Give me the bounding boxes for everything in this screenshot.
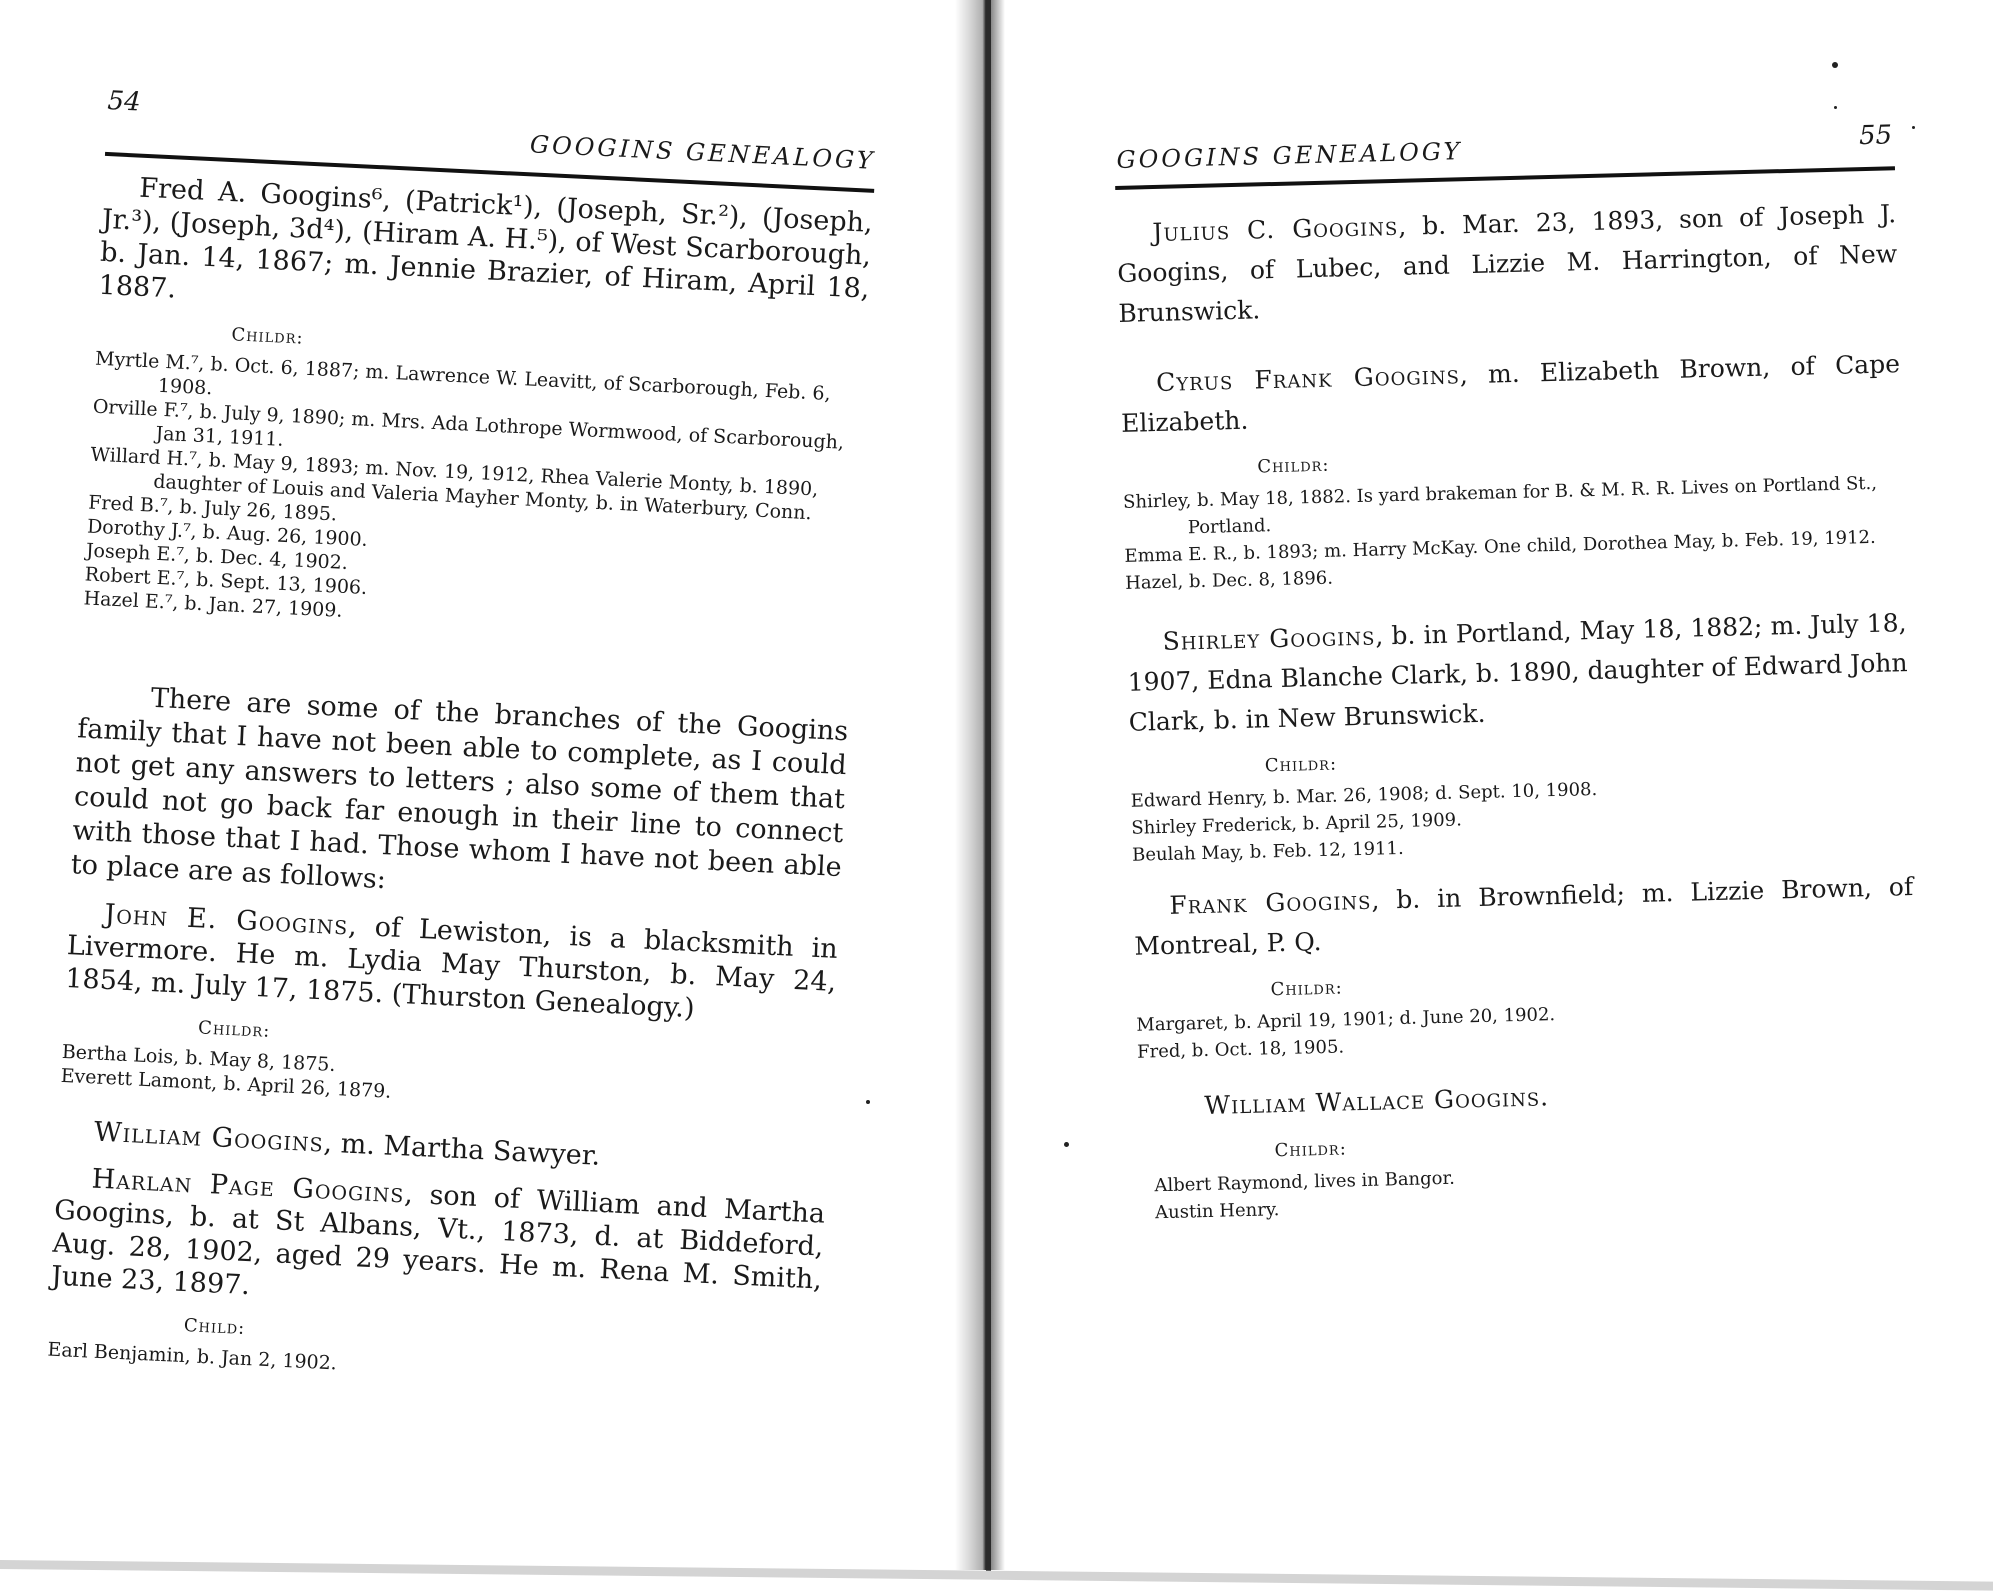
page-number: 54	[107, 86, 141, 118]
entry-name: William Wallace Googins	[1204, 1083, 1540, 1120]
children-list: Edward Henry, b. Mar. 26, 1908; d. Sept.…	[1130, 768, 1912, 869]
intro-paragraph: There are some of the branches of the Go…	[70, 678, 849, 919]
entry-julius-c-googins: Julius C. Googins, b. Mar. 23, 1893, son…	[1116, 194, 1899, 334]
left-page: 54 GOOGINS GENEALOGY Fred A. Googins⁶, (…	[47, 92, 877, 1398]
children-list: Shirley, b. May 18, 1882. Is yard brakem…	[1123, 469, 1905, 597]
entry-frank-googins: Frank Googins, b. in Brownfield; m. Lizz…	[1133, 867, 1915, 967]
ink-speck	[1912, 126, 1915, 129]
entry-harlan-page-googins: Harlan Page Googins, son of William and …	[50, 1161, 825, 1330]
children-list: Margaret, b. April 19, 1901; d. June 20,…	[1136, 992, 1917, 1066]
entry-shirley-googins: Shirley Googins, b. in Portland, May 18,…	[1126, 603, 1909, 743]
entry-john-e-googins: John E. Googins, of Lewiston, is a black…	[65, 896, 839, 1032]
entry-cyrus-frank-googins: Cyrus Frank Googins, m. Elizabeth Brown,…	[1120, 344, 1902, 444]
entry-text: , m. Martha Sawyer.	[323, 1128, 601, 1172]
running-head: GOOGINS GENEALOGY 55	[1114, 120, 1895, 192]
entry-name: Julius C. Googins	[1152, 212, 1399, 247]
running-head-title: GOOGINS GENEALOGY	[529, 130, 876, 175]
children-list: Albert Raymond, lives in Bangor. Austin …	[1140, 1153, 1921, 1227]
ink-speck	[1832, 62, 1838, 68]
entry-name: William Googins	[93, 1117, 324, 1159]
ink-speck	[866, 1100, 870, 1104]
entry-fred-a-googins: Fred A. Googins⁶, (Patrick¹), (Joseph, S…	[98, 170, 873, 339]
book-gutter-shadow	[955, 0, 1005, 1570]
right-page: GOOGINS GENEALOGY 55 Julius C. Googins, …	[1114, 120, 1921, 1226]
entry-name: Shirley Googins	[1162, 622, 1375, 656]
entry-name: Cyrus Frank Googins	[1156, 360, 1460, 397]
entry-text: .	[1540, 1082, 1549, 1111]
entry-text: Fred A. Googins⁶, (Patrick¹), (Joseph, S…	[98, 170, 873, 339]
book-spine-line	[986, 0, 991, 1572]
running-head-title: GOOGINS GENEALOGY	[1116, 137, 1463, 174]
children-list: Myrtle M.⁷, b. Oct. 6, 1887; m. Lawrence…	[83, 347, 865, 648]
running-head: 54 GOOGINS GENEALOGY	[106, 92, 878, 181]
entry-name: Frank Googins	[1169, 886, 1372, 920]
ink-speck	[1834, 106, 1837, 109]
ink-speck	[1064, 1142, 1069, 1147]
entry-william-wallace-googins: William Wallace Googins.	[1138, 1068, 1919, 1128]
page-number: 55	[1859, 120, 1893, 151]
